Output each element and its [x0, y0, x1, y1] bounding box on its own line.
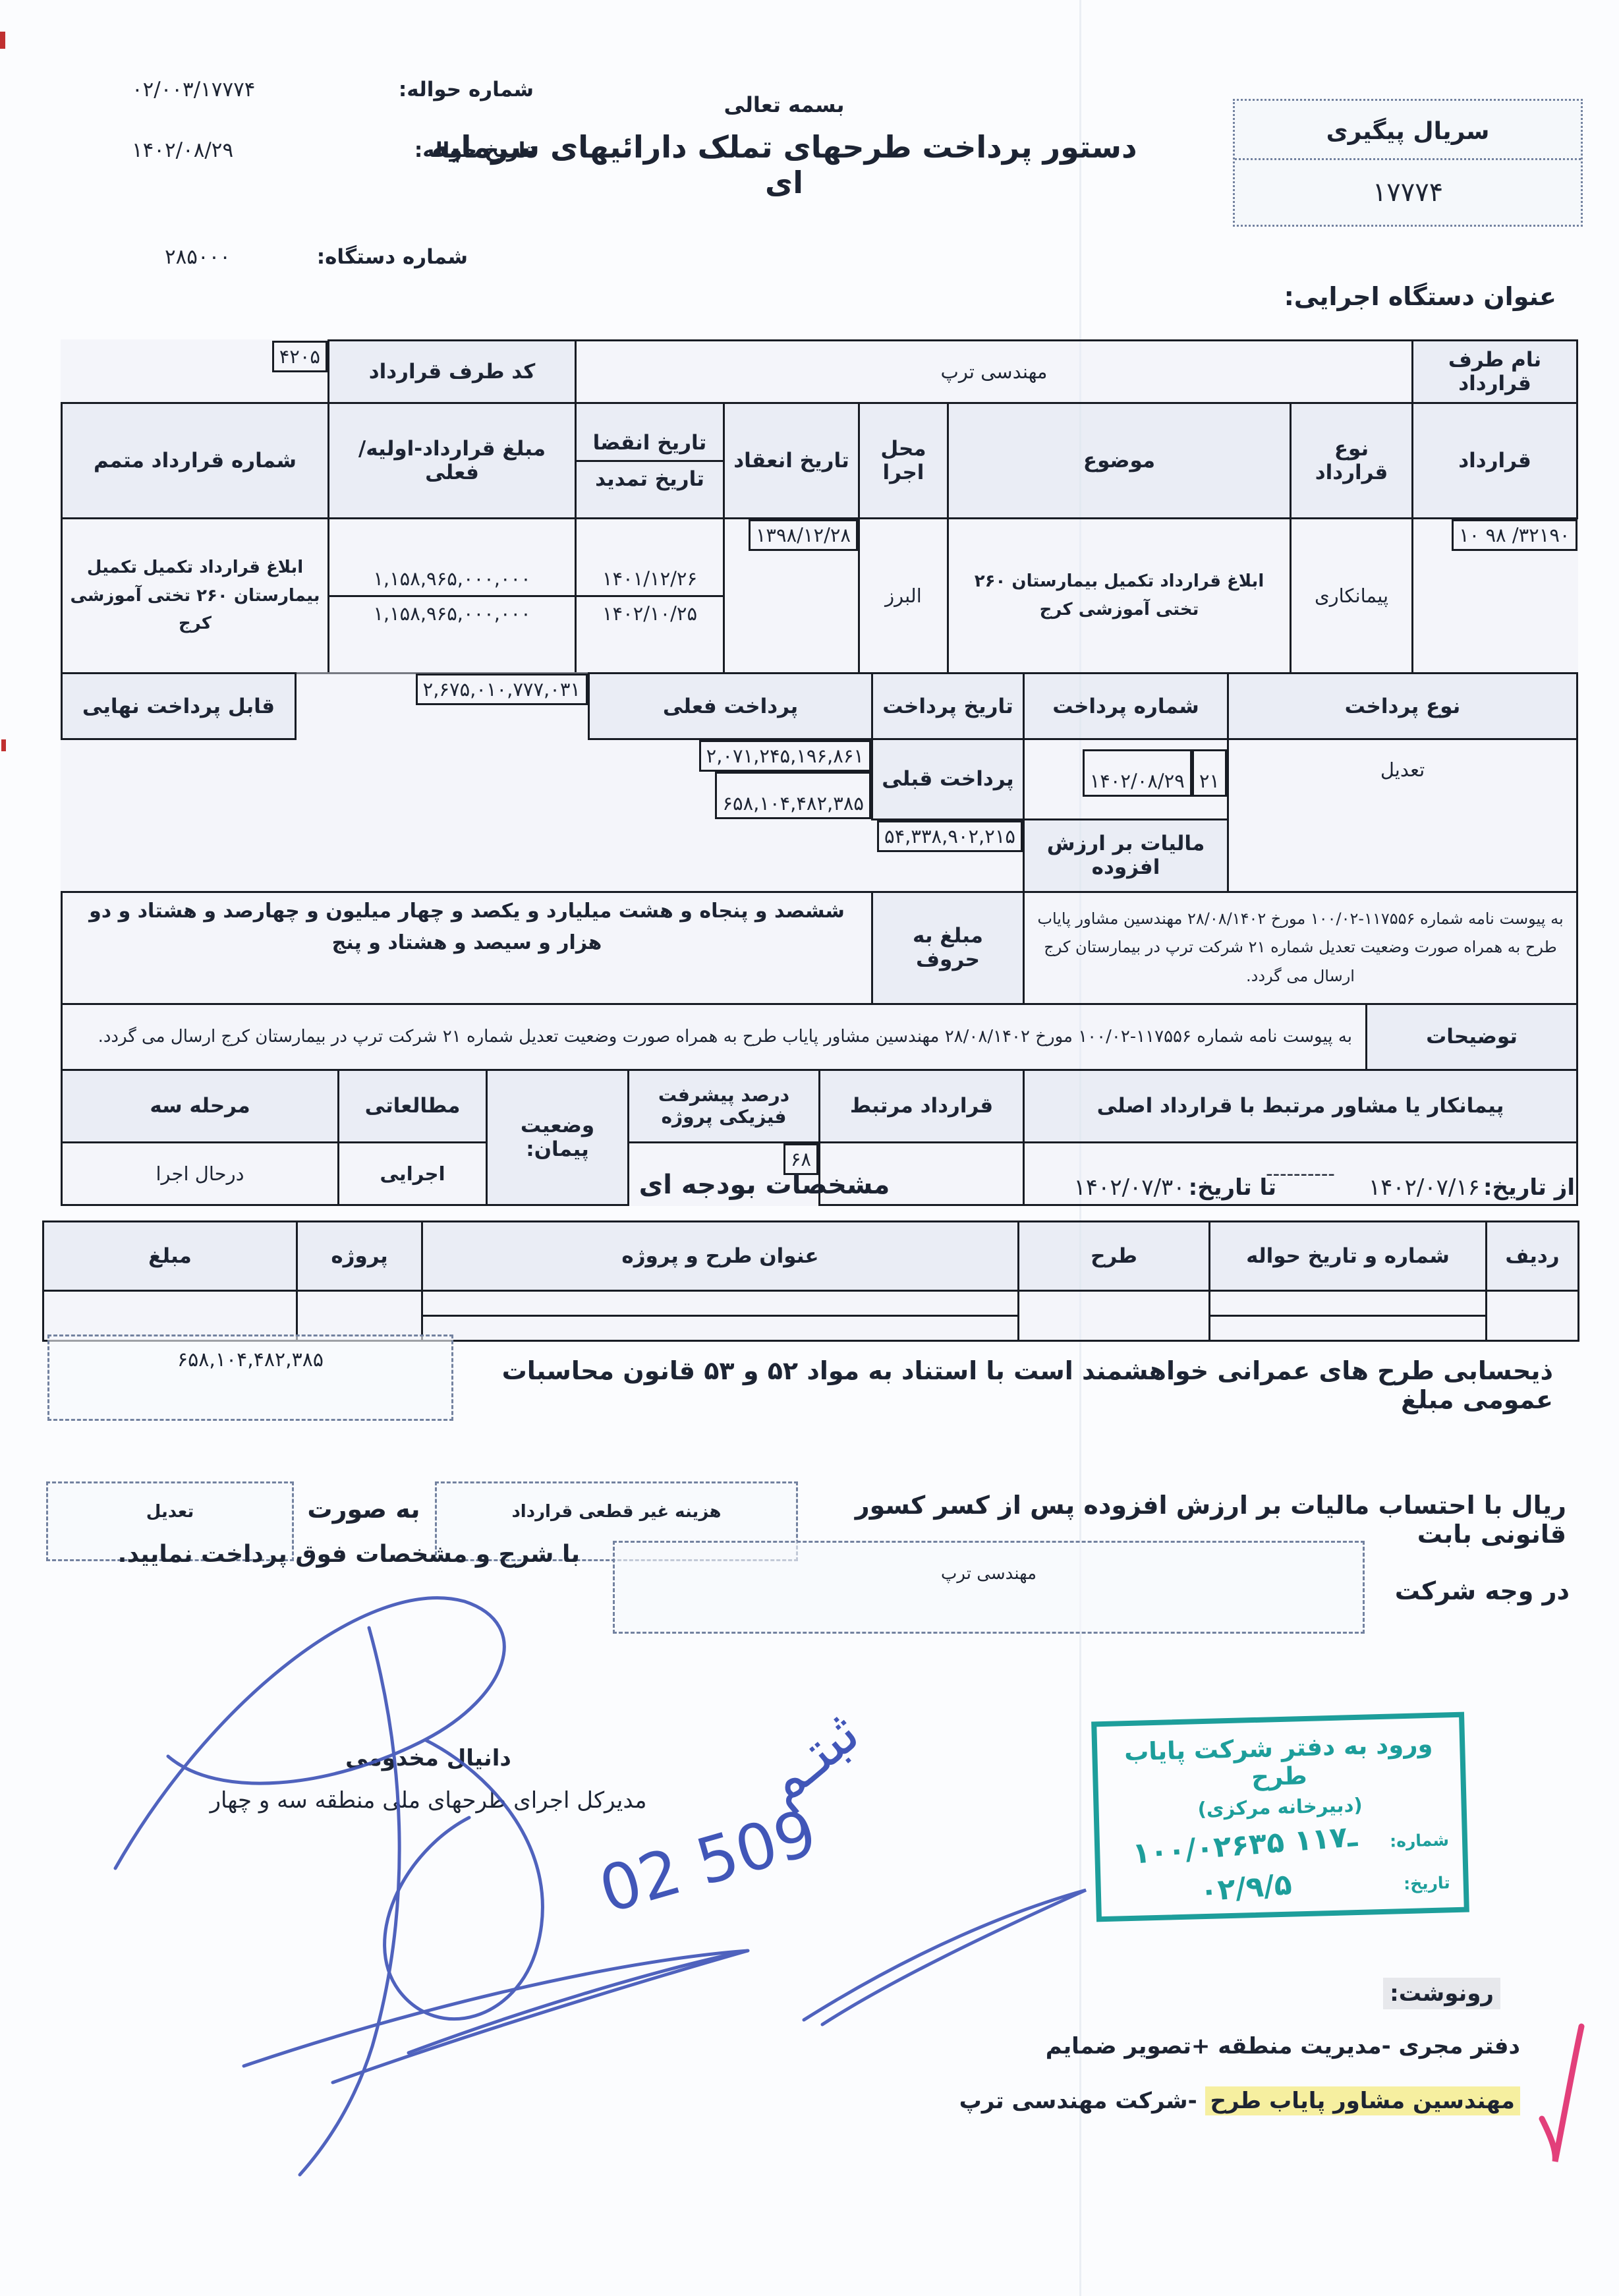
- supplement-value: ابلاغ قرارداد تکمیل تکمیل بیمارستان ۲۶۰ …: [62, 519, 329, 674]
- current-payment-label: پرداخت فعلی: [589, 674, 872, 739]
- contract-col-header: قرارداد: [1413, 403, 1577, 519]
- scanned-payment-order-document: شماره حواله: ۰۲/۰۰۳/۱۷۷۷۴ تاریخ حواله: ۱…: [0, 0, 1619, 2296]
- supplement-header: شماره قرارداد متمم: [62, 403, 329, 519]
- budget-col-project: پروژه: [297, 1222, 422, 1291]
- amount-figure-value: ۶۵۸,۱۰۴,۴۸۲,۳۸۵: [177, 1336, 324, 1371]
- besurat-label: به صورت: [298, 1495, 430, 1524]
- contract-amount-header: مبلغ قرارداد-اولیه/فعلی: [329, 403, 576, 519]
- related-contract-header: قرارداد مرتبط: [820, 1070, 1024, 1142]
- notes-table: توضیحات به پیوست نامه شماره ۱۱۷۵۵۶-۱۰۰/۰…: [61, 1003, 1578, 1071]
- contract-type-value: پیمانکاری: [1291, 519, 1413, 674]
- copies-label: رونوشت:: [1383, 1978, 1500, 2009]
- final-payable-label: قابل پرداخت نهایی: [62, 674, 296, 739]
- stamp-number-label: شماره:: [1377, 1830, 1450, 1851]
- amount-values: ۱,۱۵۸,۹۶۵,۰۰۰,۰۰۰ ۱,۱۵۸,۹۶۵,۰۰۰,۰۰۰: [329, 519, 576, 674]
- location-header: محل اجرا: [859, 403, 948, 519]
- payment-table: نوع پرداخت شماره پرداخت تاریخ پرداخت پرد…: [61, 672, 1578, 1005]
- payee-value: مهندسی ترپ: [615, 1543, 1363, 1584]
- budget-col-havaleh: شماره و تاریخ حواله: [1210, 1222, 1487, 1291]
- party-code-header: کد طرف قرارداد: [329, 341, 576, 403]
- tracking-serial-value: ۱۷۷۷۴: [1366, 160, 1450, 225]
- party-name-value: مهندسی ترپ: [576, 341, 1413, 403]
- copies-label-wrap: رونوشت:: [1383, 1980, 1500, 2007]
- stamp-line-2: (دبیرخانه مرکزی): [1112, 1791, 1448, 1822]
- main-form-tables: نام طرف قرارداد مهندسی ترپ کد طرف قراردا…: [63, 339, 1578, 1206]
- handwriting-word: ثبتـم: [750, 1700, 872, 1817]
- contract-number-value: ۱۰ ۹۸ /۳۲۱۹۰: [1452, 519, 1577, 551]
- budget-cell-title-1: [422, 1291, 1019, 1316]
- payee-label: در وجه شرکت: [1395, 1576, 1570, 1605]
- budget-cell-havaleh-1: [1210, 1291, 1487, 1316]
- expiry-extension-header: تاریخ انقضا تاریخ تمدید: [576, 403, 724, 519]
- expense-kind-value: هزینه غیر قطعی قرارداد: [437, 1483, 796, 1522]
- order-line-1: ذیحسابی طرح های عمرانی خواهشمند است با ا…: [446, 1356, 1553, 1414]
- budget-cell-row: [1487, 1291, 1579, 1341]
- subject-header: موضوع: [948, 403, 1291, 519]
- stamp-number-row: شماره: ۱۰۰/۰۲ـ۱۱۷ ۶۳۵: [1113, 1823, 1450, 1865]
- previous-payment-label: پرداخت قبلی: [872, 739, 1024, 820]
- payment-number-header: شماره پرداخت: [1024, 674, 1228, 739]
- stamp-date-row: تاریخ: ۰۲/۹/۵: [1114, 1866, 1450, 1908]
- besurat-value: تعدیل: [48, 1483, 292, 1522]
- registry-stamp: ورود به دفتر شرکت پایاب طرح (دبیرخانه مر…: [1091, 1712, 1469, 1922]
- payment-date-header: تاریخ پرداخت: [872, 674, 1024, 739]
- page-title: دستور پرداخت طرحهای تملک دارائیهای سرمای…: [422, 129, 1147, 200]
- havaleh-number-value: ۰۲/۰۰۳/۱۷۷۷۴: [132, 78, 255, 101]
- device-number-label: شماره دستگاه:: [317, 245, 468, 269]
- attachment-note-cell: به پیوست نامه شماره ۱۱۷۵۵۶-۱۰۰/۰۲ مورخ ۲…: [1024, 892, 1577, 1004]
- payment-date-value: ۱۴۰۲/۰۸/۲۹: [1083, 749, 1192, 797]
- date-from-group: از تاریخ: ۱۴۰۲/۰۷/۱۶: [1369, 1174, 1575, 1201]
- budget-col-title: عنوان طرح و پروژه: [422, 1222, 1019, 1291]
- scan-artifact: [1, 739, 6, 751]
- amount-figure-box: ۶۵۸,۱۰۴,۴۸۲,۳۸۵: [47, 1335, 453, 1421]
- budget-cell-amount: [43, 1291, 297, 1341]
- study-header: مطالعاتی: [339, 1070, 487, 1142]
- phase-value: درحال اجرا: [62, 1142, 339, 1205]
- contract-type-header: نوع قرارداد: [1291, 403, 1413, 519]
- tracking-serial-box: سریال پیگیری ۱۷۷۷۴: [1233, 99, 1583, 227]
- location-value: البرز: [859, 519, 948, 674]
- party-name-header: نام طرف قرارداد: [1413, 341, 1577, 403]
- device-number-row: شماره دستگاه: ۲۸۵۰۰۰: [165, 245, 468, 269]
- amount-in-words-label: مبلغ به حروف: [872, 892, 1024, 1004]
- check-icon: [1542, 2026, 1581, 2162]
- budget-cell-plan: [1019, 1291, 1210, 1341]
- contract-table: نام طرف قرارداد مهندسی ترپ کد طرف قراردا…: [61, 339, 1578, 674]
- havaleh-date-value: ۱۴۰۲/۰۸/۲۹: [132, 138, 233, 162]
- copies-line-2-highlight: مهندسین مشاور پایاب طرح: [1205, 2086, 1520, 2115]
- budget-col-plan: طرح: [1019, 1222, 1210, 1291]
- bismillah-text: بسمه تعالی: [422, 92, 1147, 117]
- expiry-extension-values: ۱۴۰۱/۱۲/۲۶ ۱۴۰۲/۱۰/۲۵: [576, 519, 724, 674]
- notes-value: به پیوست نامه شماره ۱۱۷۵۵۶-۱۰۰/۰۲ مورخ ۲…: [62, 1004, 1367, 1070]
- date-to-value: ۱۴۰۲/۰۷/۳۰: [1074, 1174, 1185, 1201]
- amount-current-value: ۱,۱۵۸,۹۶۵,۰۰۰,۰۰۰: [329, 597, 575, 630]
- phase-header: مرحله سه: [62, 1070, 339, 1142]
- stamp-line-1: ورود به دفتر شرکت پایاب طرح: [1110, 1729, 1448, 1794]
- budget-col-row: ردیف: [1487, 1222, 1579, 1291]
- payment-type-header: نوع پرداخت: [1228, 674, 1577, 739]
- budget-cell-title-2: [422, 1316, 1019, 1341]
- budget-cell-havaleh-2: [1210, 1316, 1487, 1341]
- final-payable-amount: ۶۵۸,۱۰۴,۴۸۲,۳۸۵: [715, 772, 871, 819]
- tracking-serial-label: سریال پیگیری: [1235, 101, 1581, 160]
- handwriting-number: 509 02: [592, 1795, 825, 1927]
- expiry-header: تاریخ انقضا: [577, 426, 723, 462]
- date-to-label: تا تاریخ:: [1189, 1174, 1276, 1201]
- payment-type-value: تعدیل: [1228, 739, 1577, 892]
- signatory-name: دانیال مخدومی: [132, 1745, 725, 1771]
- copies-line-2-rest: -شرکت مهندسی ترپ: [959, 2088, 1205, 2114]
- progress-header: درصد پیشرفت فیزیکی پروژه: [629, 1070, 820, 1142]
- amount-in-words-value: ششصد و پنجاه و هشت میلیارد و یکصد و چهار…: [62, 892, 872, 1004]
- previous-payment-amount: ۲,۰۷۱,۲۴۵,۱۹۶,۸۶۱: [699, 740, 871, 772]
- date-to-group: تا تاریخ: ۱۴۰۲/۰۷/۳۰: [1074, 1174, 1276, 1201]
- device-number-value: ۲۸۵۰۰۰: [165, 245, 231, 269]
- study-value: اجرایی: [339, 1142, 487, 1205]
- date-from-label: از تاریخ:: [1483, 1174, 1575, 1201]
- stamp-date-label: تاریخ:: [1377, 1873, 1450, 1894]
- order-line-2: ریال با احتساب مالیات بر ارزش افزوده پس …: [802, 1491, 1566, 1549]
- date-from-value: ۱۴۰۲/۰۷/۱۶: [1369, 1174, 1480, 1201]
- notes-label: توضیحات: [1367, 1004, 1577, 1070]
- document-header: بسمه تعالی دستور پرداخت طرحهای تملک دارا…: [422, 92, 1147, 200]
- signatory-title: مدیرکل اجرای طرحهای ملی منطقه سه و چهار: [132, 1787, 725, 1814]
- party-code-value: ۴۲۰۵: [272, 341, 327, 372]
- signatory-block: دانیال مخدومی مدیرکل اجرای طرحهای ملی من…: [132, 1745, 725, 1814]
- agency-title-label: عنوان دستگاه اجرایی:: [1284, 282, 1556, 311]
- budget-cell-project: [297, 1291, 422, 1341]
- amount-initial-value: ۱,۱۵۸,۹۶۵,۰۰۰,۰۰۰: [329, 562, 575, 597]
- extension-header: تاریخ تمدید: [577, 462, 723, 496]
- sign-date-value: ۱۳۹۸/۱۲/۲۸: [749, 519, 858, 551]
- budget-col-amount: مبلغ: [43, 1222, 297, 1291]
- vat-label: مالیات بر ارزش افزوده: [1024, 819, 1228, 892]
- current-payment-amount: ۲,۶۷۵,۰۱۰,۷۷۷,۰۳۱: [416, 674, 588, 705]
- payment-number-value: ۲۱: [1192, 749, 1227, 797]
- copies-line-1: دفتر مجری -مدیریت منطقه +تصویر ضمایم: [1046, 2033, 1520, 2059]
- copies-line-2: مهندسین مشاور پایاب طرح -شرکت مهندسی ترپ: [959, 2088, 1520, 2114]
- extension-date-value: ۱۴۰۲/۱۰/۲۵: [577, 597, 723, 630]
- vat-amount: ۵۴,۳۳۸,۹۰۲,۲۱۵: [877, 820, 1023, 852]
- scan-artifact: [0, 32, 5, 49]
- expiry-date-value: ۱۴۰۱/۱۲/۲۶: [577, 562, 723, 597]
- payee-box: مهندسی ترپ: [613, 1541, 1365, 1634]
- signature-scribble: [115, 1598, 1086, 2175]
- related-contractor-header: پیمانکار یا مشاور مرتبط با قرارداد اصلی: [1024, 1070, 1577, 1142]
- closing-instruction: با شرح و مشخصات فوق پرداخت نمایید.: [112, 1541, 580, 1568]
- sign-date-header: تاریخ انعقاد: [724, 403, 859, 519]
- budget-table: ردیف شماره و تاریخ حواله طرح عنوان طرح و…: [42, 1220, 1579, 1342]
- subject-value: ابلاغ قرارداد تکمیل بیمارستان ۲۶۰ تختی آ…: [948, 519, 1291, 674]
- handwritten-registration: ثبتـم 509 02: [592, 1700, 872, 1927]
- budget-section-title: مشخصات بودجه ای: [593, 1170, 936, 1200]
